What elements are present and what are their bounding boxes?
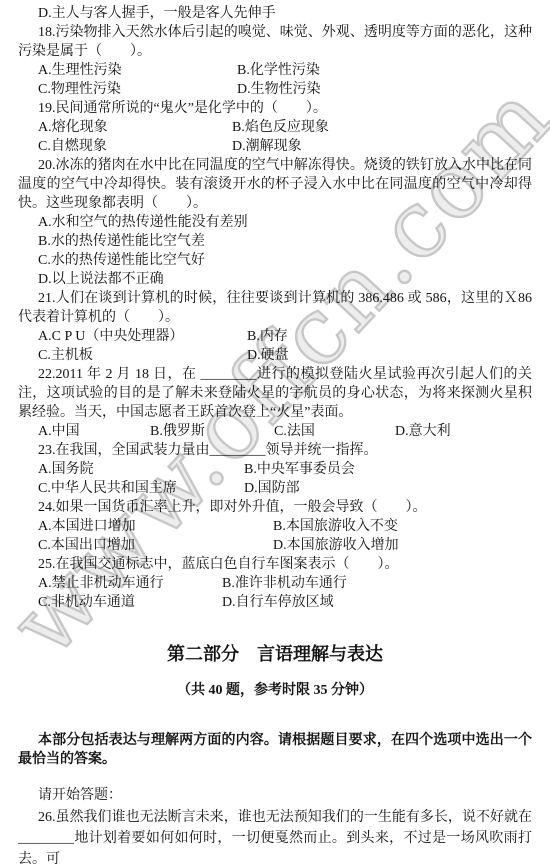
question-25-option-a: A.禁止非机动车通行 <box>38 574 222 593</box>
question-24-stem: 24.如果一国货币汇率上升，即对外升值，一般会导致（ ）。 <box>18 498 532 517</box>
question-25-option-c: C.非机动车通道 <box>38 593 222 612</box>
question-19-options-row-1: A.熔化现象B.焰色反应现象 <box>18 118 532 137</box>
question-18-option-a: A.生理性污染 <box>38 61 237 80</box>
question-19-option-d: D.潮解现象 <box>232 139 302 154</box>
question-24-option-c: C.本国出口增加 <box>38 536 273 555</box>
question-23-option-d: D.国防部 <box>244 481 300 496</box>
question-23-stem: 23.在我国，全国武装力量由________领导并统一指挥。 <box>18 441 532 460</box>
question-22-option-d: D.意大利 <box>395 424 451 439</box>
question-23-option-c: C.中华人民共和国主席 <box>38 479 244 498</box>
question-25-options-row-2: C.非机动车通道D.自行车停放区域 <box>18 593 532 612</box>
question-22-options-row: A.中国B.俄罗斯C.法国D.意大利 <box>18 422 532 441</box>
question-24-option-d: D.本国旅游收入增加 <box>273 538 399 553</box>
question-18-option-d: D.生物性污染 <box>237 82 321 97</box>
question-24-options-row-1: A.本国进口增加B.本国旅游收入不变 <box>18 517 532 536</box>
question-18-options-row-1: A.生理性污染B.化学性污染 <box>18 61 532 80</box>
section-subtitle: （共 40 题，参考时限 35 分钟） <box>18 681 532 700</box>
question-19-option-a: A.熔化现象 <box>38 118 232 137</box>
question-20-option-a: A.水和空气的热传递性能没有差别 <box>18 213 532 232</box>
question-24-option-b: B.本国旅游收入不变 <box>273 519 398 534</box>
question-23-options-row-1: A.国务院B.中央军事委员会 <box>18 460 532 479</box>
question-21-option-d: D.硬盘 <box>247 348 289 363</box>
document-content: D.主人与客人握手，一般是客人先伸手 18.污染物排入天然水体后引起的嗅觉、味觉… <box>0 0 550 865</box>
question-21-option-a: A.C P U（中央处理器） <box>38 327 247 346</box>
exam-document-page: www.offcn.com D.主人与客人握手，一般是客人先伸手 18.污染物排… <box>0 0 550 865</box>
question-18-options-row-2: C.物理性污染D.生物性污染 <box>18 80 532 99</box>
question-19-stem: 19.民间通常所说的“鬼火”是化学中的（ ）。 <box>18 99 532 118</box>
question-19-option-c: C.自燃现象 <box>38 137 232 156</box>
question-25-option-b: B.准许非机动车通行 <box>222 576 347 591</box>
question-22-stem: 22.2011 年 2 月 18 日，在 ________进行的模拟登陆火星试验… <box>18 365 532 422</box>
question-22-option-a: A.中国 <box>38 422 150 441</box>
question-22-option-c: C.法国 <box>274 422 395 441</box>
question-23-options-row-2: C.中华人民共和国主席D.国防部 <box>18 479 532 498</box>
question-23-option-b: B.中央军事委员会 <box>244 462 355 477</box>
question-19-options-row-2: C.自燃现象D.潮解现象 <box>18 137 532 156</box>
section-instructions: 本部分包括表达与理解两方面的内容。请根据题目要求，在四个选项中选出一个最恰当的答… <box>18 731 532 769</box>
section-title: 第二部分 言语理解与表达 <box>18 642 532 666</box>
question-21-stem: 21.人们在谈到计算机的时候，往往要谈到计算机的 386.486 或 586，这… <box>18 289 532 327</box>
question-18-option-b: B.化学性污染 <box>237 63 320 78</box>
question-19-option-b: B.焰色反应现象 <box>232 120 329 135</box>
question-21-options-row-1: A.C P U（中央处理器）B.内存 <box>18 327 532 346</box>
question-25-option-d: D.自行车停放区域 <box>222 595 334 610</box>
question-24-options-row-2: C.本国出口增加D.本国旅游收入增加 <box>18 536 532 555</box>
question-20-option-d: D.以上说法都不正确 <box>18 270 532 289</box>
question-25-stem: 25.在我国交通标志中，蓝底白色自行车图案表示（ ）。 <box>18 555 532 574</box>
begin-answering-prompt: 请开始答题： <box>18 786 532 805</box>
question-25-options-row-1: A.禁止非机动车通行B.准许非机动车通行 <box>18 574 532 593</box>
question-21-option-b: B.内存 <box>247 329 288 344</box>
question-18-option-c: C.物理性污染 <box>38 80 237 99</box>
question-20-option-b: B.水的热传递性能比空气差 <box>18 232 532 251</box>
question-22-option-b: B.俄罗斯 <box>150 422 274 441</box>
question-23-option-a: A.国务院 <box>38 460 244 479</box>
question-21-option-c: C.主机板 <box>38 346 247 365</box>
question-17-option-d: D.主人与客人握手，一般是客人先伸手 <box>18 4 532 23</box>
question-20-stem: 20.冰冻的猪肉在水中比在同温度的空气中解冻得快。烧烫的铁钉放入水中比在同温度的… <box>18 156 532 213</box>
question-20-option-c: C.水的热传递性能比空气好 <box>18 251 532 270</box>
question-21-options-row-2: C.主机板D.硬盘 <box>18 346 532 365</box>
question-26-stem: 26.虽然我们谁也无法断言未来，谁也无法预知我们的一生能有多长，说不好就在___… <box>18 807 532 865</box>
question-24-option-a: A.本国进口增加 <box>38 517 273 536</box>
question-18-stem: 18.污染物排入天然水体后引起的嗅觉、味觉、外观、透明度等方面的恶化，这种污染是… <box>18 23 532 61</box>
